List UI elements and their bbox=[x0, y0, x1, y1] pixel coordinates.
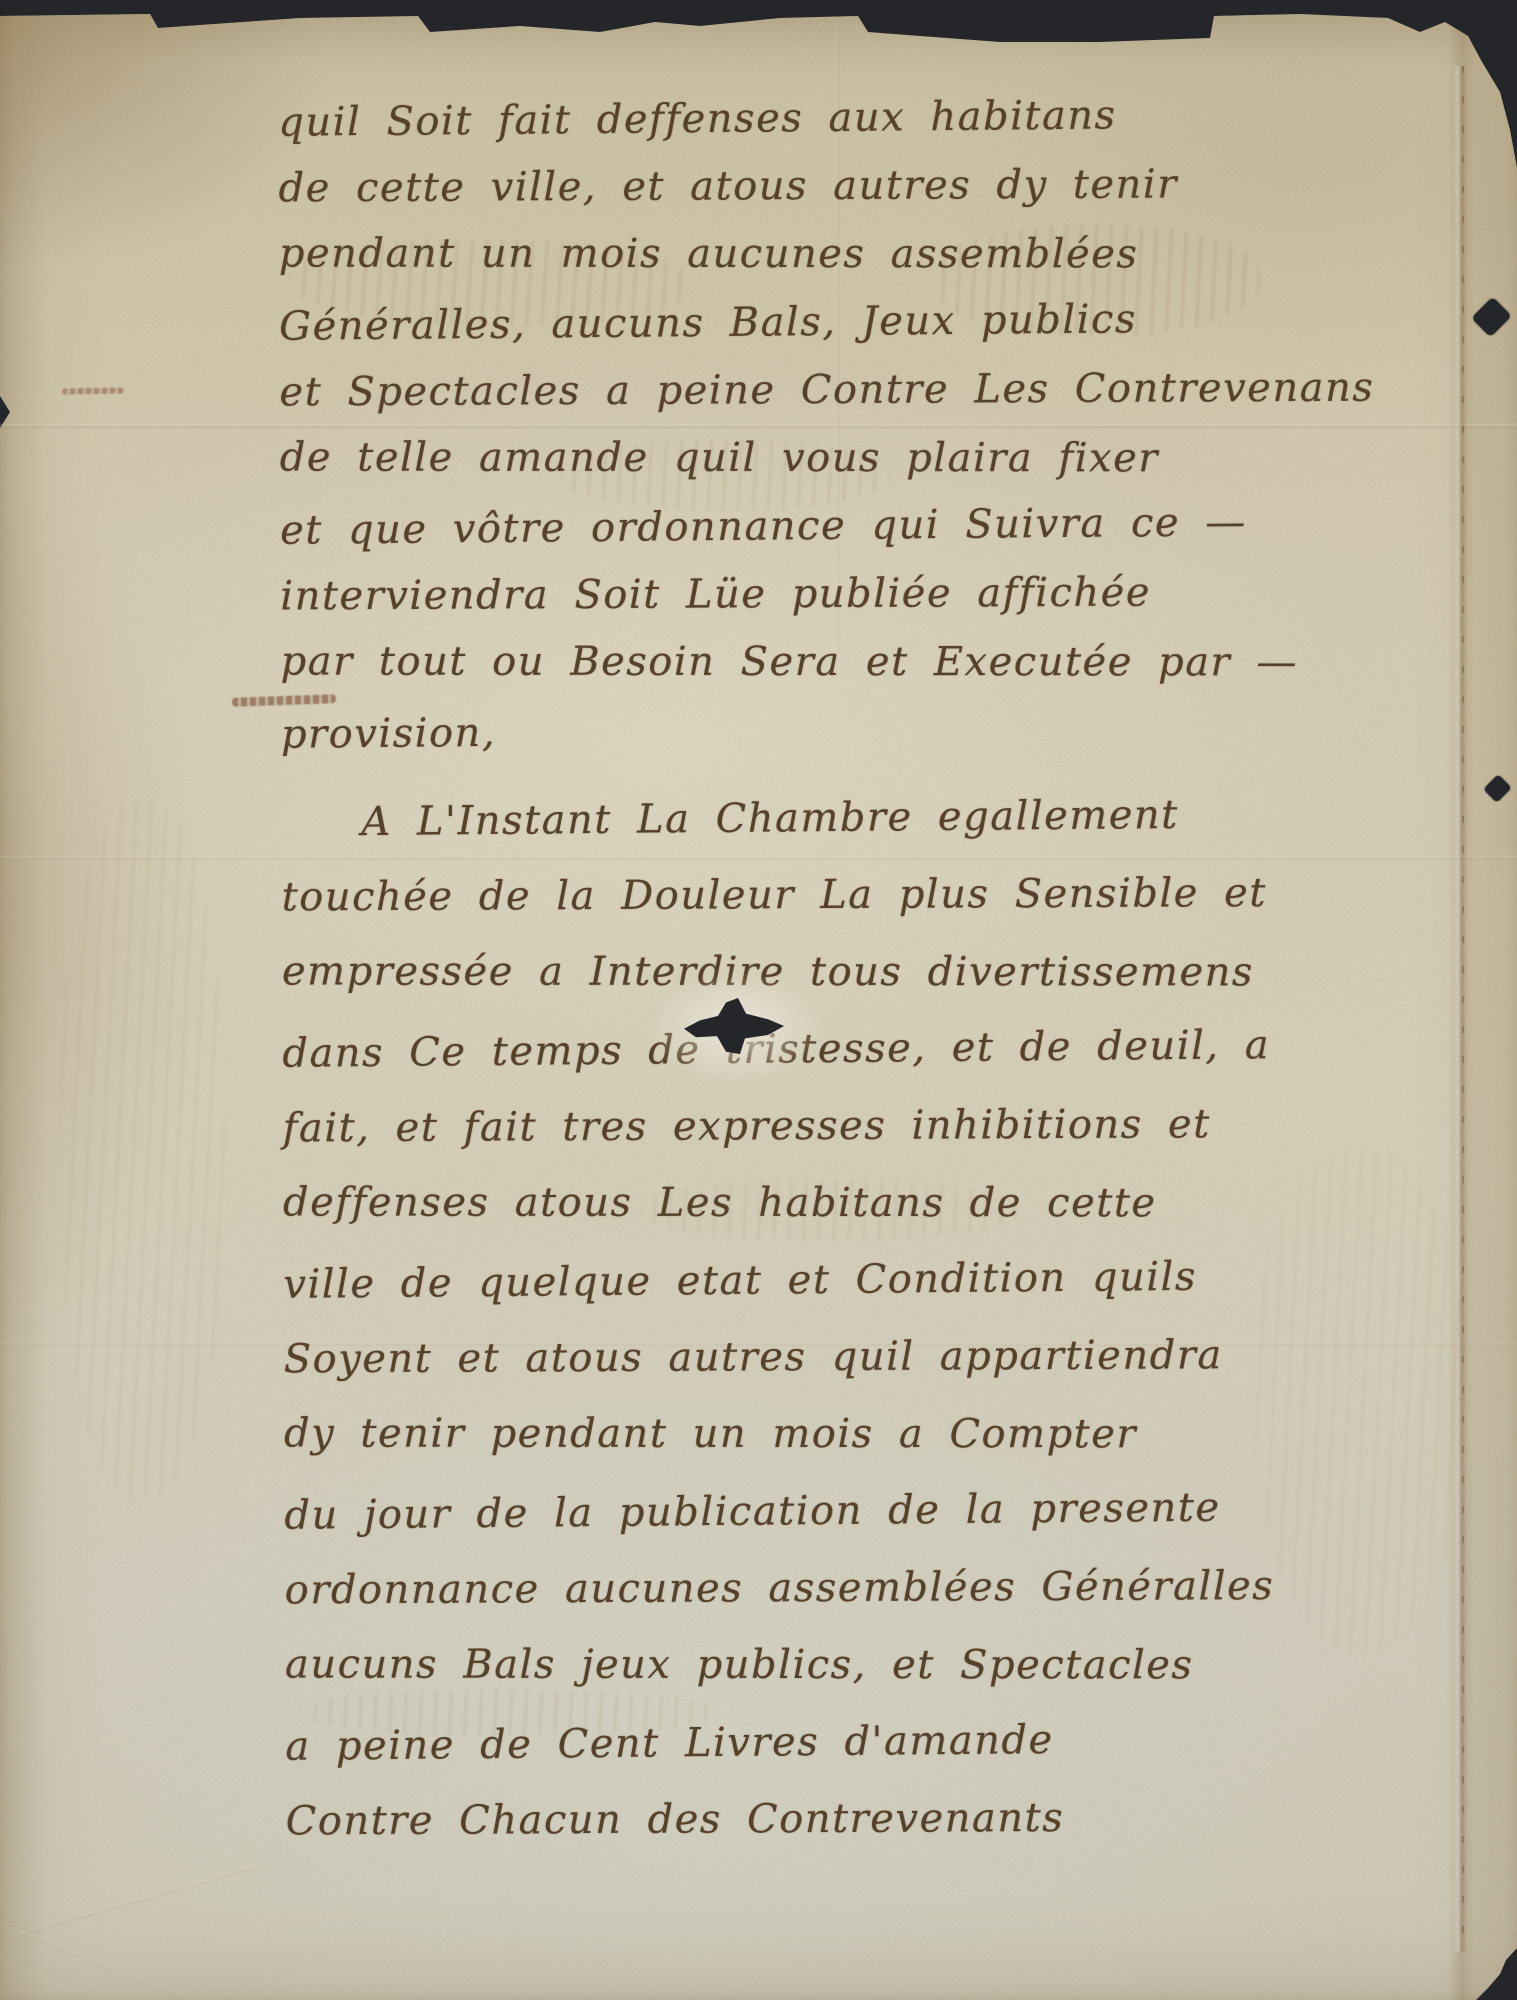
manuscript-line: dans Ce temps de tristesse, et de deuil,… bbox=[282, 1006, 1377, 1093]
manuscript-line: Généralles, aucuns Bals, Jeux publics bbox=[279, 283, 1374, 361]
paragraph: quil Soit fait deffenses aux habitans de… bbox=[278, 82, 1376, 767]
manuscript-line: et Spectacles a peine Contre Les Contrev… bbox=[279, 354, 1374, 427]
manuscript-line: empressée a Interdire tous divertissemen… bbox=[282, 934, 1377, 1012]
manuscript-line: ville de quelque etat et Condition quils bbox=[283, 1237, 1378, 1324]
stitched-fold-crease bbox=[1453, 66, 1469, 1952]
scan-background: quil Soit fait deffenses aux habitans de… bbox=[0, 0, 1517, 2000]
manuscript-line: quil Soit fait deffenses aux habitans bbox=[278, 79, 1373, 157]
paragraph: A L'Instant La Chambre egallement touché… bbox=[281, 778, 1381, 1861]
manuscript-line: et que vôtre ordonnance qui Suivra ce — bbox=[280, 487, 1375, 565]
manuscript-line: pendant un mois aucunes assemblées bbox=[279, 220, 1374, 289]
manuscript-line: dy tenir pendant un mois a Compter bbox=[284, 1396, 1379, 1474]
ink-bleedthrough bbox=[60, 800, 225, 1500]
manuscript-line: fait, et fait tres expresses inhibitions… bbox=[283, 1086, 1378, 1168]
manuscript-line: de telle amande quil vous plaira fixer bbox=[280, 424, 1375, 493]
manuscript-line: ordonnance aucunes assemblées Généralles bbox=[285, 1548, 1380, 1630]
manuscript-line: provision, bbox=[281, 691, 1376, 769]
manuscript-line: par tout ou Besoin Sera et Executée par … bbox=[281, 628, 1376, 697]
manuscript-line: de cette ville, et atous autres dy tenir bbox=[278, 150, 1373, 223]
manuscript-line: touchée de la Douleur La plus Sensible e… bbox=[282, 855, 1377, 937]
manuscript-line: Contre Chacun des Contrevenants bbox=[286, 1779, 1381, 1861]
manuscript-line: a peine de Cent Livres d'amande bbox=[285, 1699, 1380, 1786]
manuscript-line: deffenses atous Les habitans de cette bbox=[283, 1165, 1378, 1243]
manuscript-line: A L'Instant La Chambre egallement bbox=[281, 775, 1376, 862]
manuscript-text: quil Soit fait deffenses aux habitans de… bbox=[278, 82, 1381, 1861]
manuscript-line: du jour de la publication de la presente bbox=[284, 1468, 1379, 1555]
manuscript-line: interviendra Soit Lüe publiée affichée bbox=[280, 558, 1375, 631]
manuscript-line: aucuns Bals jeux publics, et Spectacles bbox=[285, 1627, 1380, 1705]
ink-scribble bbox=[62, 387, 124, 394]
manuscript-line: Soyent et atous autres quil appartiendra bbox=[284, 1317, 1379, 1399]
